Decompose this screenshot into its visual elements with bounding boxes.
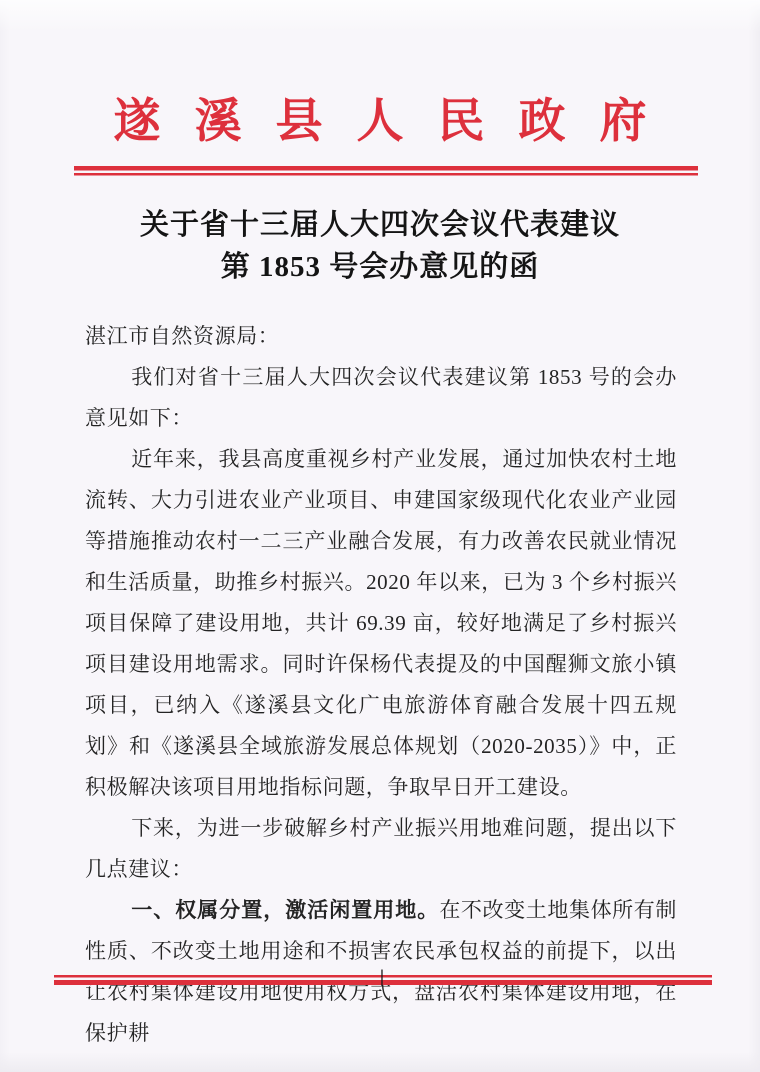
salutation: 湛江市自然资源局： — [85, 316, 677, 357]
document-title: 关于省十三届人大四次会议代表建议 第 1853 号会办意见的函 — [0, 204, 760, 288]
document-title-line-2: 第 1853 号会办意见的函 — [0, 246, 760, 288]
document-title-line-1: 关于省十三届人大四次会议代表建议 — [0, 204, 760, 246]
paragraph-transition: 下来，为进一步破解乡村产业振兴用地难问题，提出以下几点建议： — [85, 808, 677, 890]
org-name: 遂溪县人民政府 — [114, 84, 681, 151]
letterhead: 遂溪县人民政府 — [0, 84, 760, 151]
suggestion-1-heading: 一、权属分置，激活闲置用地。 — [131, 898, 439, 922]
page-center-mark: | — [380, 966, 384, 986]
document-body: 湛江市自然资源局： 我们对省十三届人大四次会议代表建议第 1853 号的会办意见… — [85, 316, 677, 1054]
paragraph-intro: 我们对省十三届人大四次会议代表建议第 1853 号的会办意见如下： — [85, 357, 677, 439]
paragraph-background: 近年来，我县高度重视乡村产业发展，通过加快农村土地流转、大力引进农业产业项目、申… — [85, 439, 677, 808]
scanned-document-page: 遂溪县人民政府 关于省十三届人大四次会议代表建议 第 1853 号会办意见的函 … — [0, 0, 760, 1072]
letterhead-double-rule — [74, 166, 698, 176]
